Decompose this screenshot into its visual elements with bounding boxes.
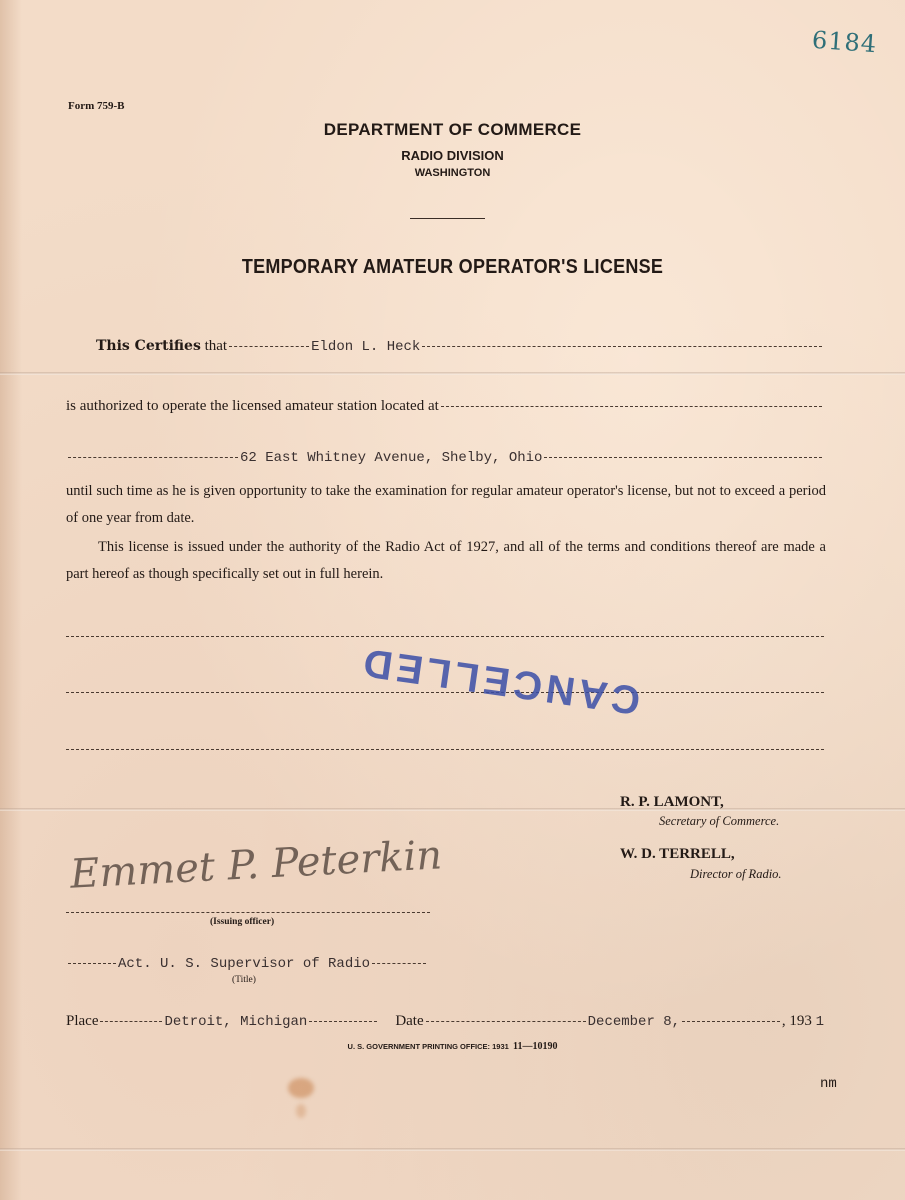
paper-edge-discoloration [0,0,22,1200]
certifies-that: that [205,338,228,355]
station-address-field: 62 East Whitney Avenue, Shelby, Ohio [240,450,542,466]
place-date-line: Place Detroit, Michigan Date December 8,… [66,1013,824,1030]
signature-line [66,912,430,913]
blank-line [66,749,824,750]
header-rule [410,218,485,219]
authorized-text: is authorized to operate the licensed am… [66,398,439,415]
printing-code: 11—10190 [513,1041,557,1052]
official-name-lamont: R. P. LAMONT, [620,794,724,811]
fold-crease [0,372,905,375]
location-name: WASHINGTON [0,167,905,179]
year-suffix: 1 [816,1014,824,1030]
typist-initials: nm [820,1076,837,1092]
officer-title-field: Act. U. S. Supervisor of Radio [118,956,370,972]
place-field: Detroit, Michigan [164,1014,307,1030]
certifies-line: This Certifies that Eldon L. Heck [66,338,824,355]
department-name: DEPARTMENT OF COMMERCE [0,120,905,140]
official-name-terrell: W. D. TERRELL, [620,846,735,863]
licensee-name-field: Eldon L. Heck [311,339,420,355]
cancelled-stamp: CANCELLED [329,635,672,727]
document-title: TEMPORARY AMATEUR OPERATOR'S LICENSE [45,256,860,279]
date-field: December 8, [588,1014,680,1030]
printing-office-imprint: U. S. GOVERNMENT PRINTING OFFICE: 1931 1… [0,1041,905,1052]
rust-stain [288,1078,314,1098]
blank-line [66,636,824,637]
form-number: Form 759-B [68,100,125,112]
officer-title-line: Act. U. S. Supervisor of Radio [66,956,428,972]
fold-crease [0,1148,905,1151]
certifies-lead: This Certifies [96,338,201,354]
official-title-lamont: Secretary of Commerce. [659,814,779,829]
date-label: Date [395,1013,423,1030]
year-prefix: , 193 [782,1013,812,1030]
issuing-officer-signature: Emmet P. Peterkin [69,832,443,897]
title-caption: (Title) [232,975,256,985]
rust-stain [296,1104,306,1118]
official-title-terrell: Director of Radio. [690,867,782,882]
printing-office-text: U. S. GOVERNMENT PRINTING OFFICE: 1931 [348,1042,509,1051]
division-name: RADIO DIVISION [0,148,905,163]
fold-crease [0,808,905,811]
authorized-line: is authorized to operate the licensed am… [66,398,824,415]
terms-paragraph-1: until such time as he is given opportuni… [66,478,826,532]
issuing-officer-caption: (Issuing officer) [210,917,274,927]
terms-paragraph-2: This license is issued under the authori… [66,534,826,588]
place-label: Place [66,1013,98,1030]
serial-number: 6184 [811,26,878,58]
address-line: 62 East Whitney Avenue, Shelby, Ohio [66,450,824,466]
